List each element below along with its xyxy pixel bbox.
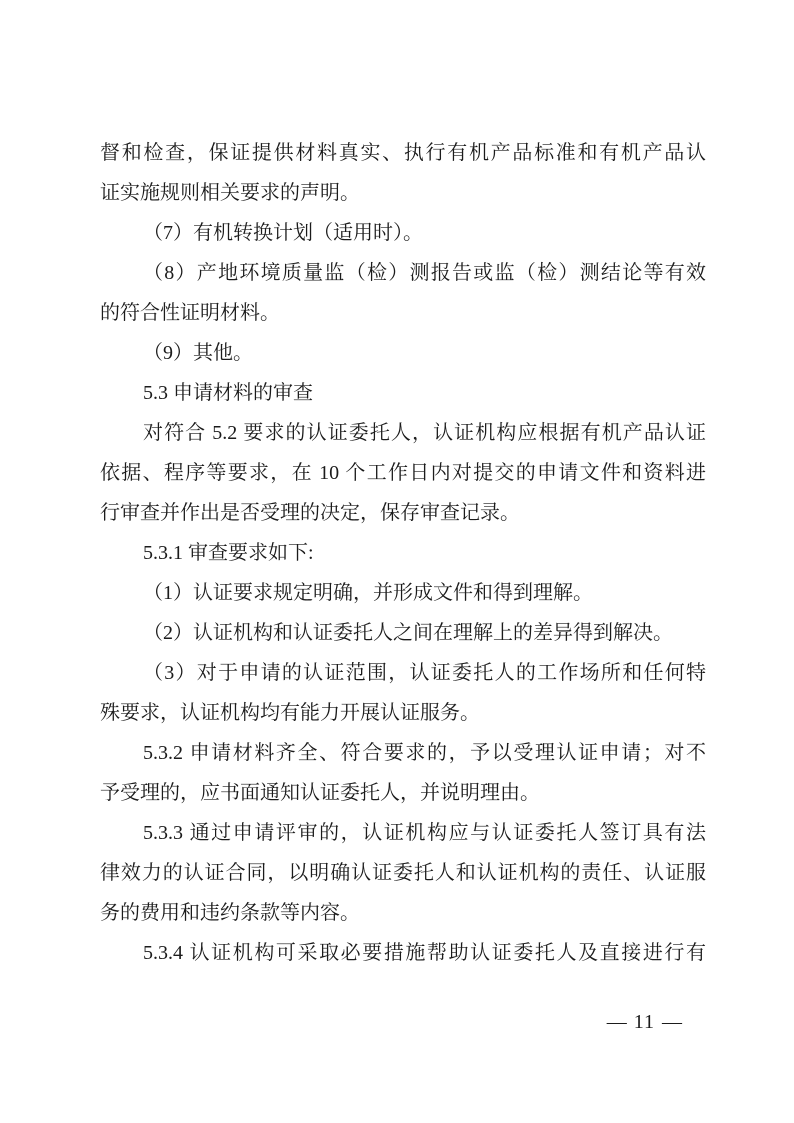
text-line: 对符合 5.2 要求的认证委托人，认证机构应根据有机产品认证 <box>100 413 706 453</box>
text-line: 依据、程序等要求，在 10 个工作日内对提交的申请文件和资料进 <box>100 453 706 493</box>
section-heading-5-3-3: 5.3.3 通过申请评审的，认证机构应与认证委托人签订具有法 <box>100 813 706 853</box>
text-line: （2）认证机构和认证委托人之间在理解上的差异得到解决。 <box>100 613 706 653</box>
text-line: 行审查并作出是否受理的决定，保存审查记录。 <box>100 493 706 533</box>
text-line: （9）其他。 <box>100 333 706 373</box>
text-line: 证实施规则相关要求的声明。 <box>100 173 706 213</box>
document-page: 督和检查，保证提供材料真实、执行有机产品标准和有机产品认 证实施规则相关要求的声… <box>0 0 794 1123</box>
text-line: 务的费用和违约条款等内容。 <box>100 893 706 933</box>
text-line: 律效力的认证合同，以明确认证委托人和认证机构的责任、认证服 <box>100 853 706 893</box>
text-line: 的符合性证明材料。 <box>100 293 706 333</box>
text-line: （3）对于申请的认证范围，认证委托人的工作场所和任何特 <box>100 653 706 693</box>
section-heading-5-3: 5.3 申请材料的审查 <box>100 373 706 413</box>
text-line: （1）认证要求规定明确，并形成文件和得到理解。 <box>100 573 706 613</box>
text-line: 督和检查，保证提供材料真实、执行有机产品标准和有机产品认 <box>100 133 706 173</box>
document-body: 督和检查，保证提供材料真实、执行有机产品标准和有机产品认 证实施规则相关要求的声… <box>100 133 706 973</box>
section-heading-5-3-1: 5.3.1 审查要求如下: <box>100 533 706 573</box>
text-line: 殊要求，认证机构均有能力开展认证服务。 <box>100 693 706 733</box>
section-heading-5-3-2: 5.3.2 申请材料齐全、符合要求的，予以受理认证申请；对不 <box>100 733 706 773</box>
section-heading-5-3-4: 5.3.4 认证机构可采取必要措施帮助认证委托人及直接进行有 <box>100 933 706 973</box>
page-number: 11 <box>634 1011 655 1033</box>
footer-dash-left: — <box>607 1011 627 1033</box>
text-line: （8）产地环境质量监（检）测报告或监（检）测结论等有效 <box>100 253 706 293</box>
text-line: 予受理的，应书面通知认证委托人，并说明理由。 <box>100 773 706 813</box>
page-footer: —11— <box>607 1002 682 1042</box>
footer-dash-right: — <box>662 1011 682 1033</box>
text-line: （7）有机转换计划（适用时）。 <box>100 213 706 253</box>
